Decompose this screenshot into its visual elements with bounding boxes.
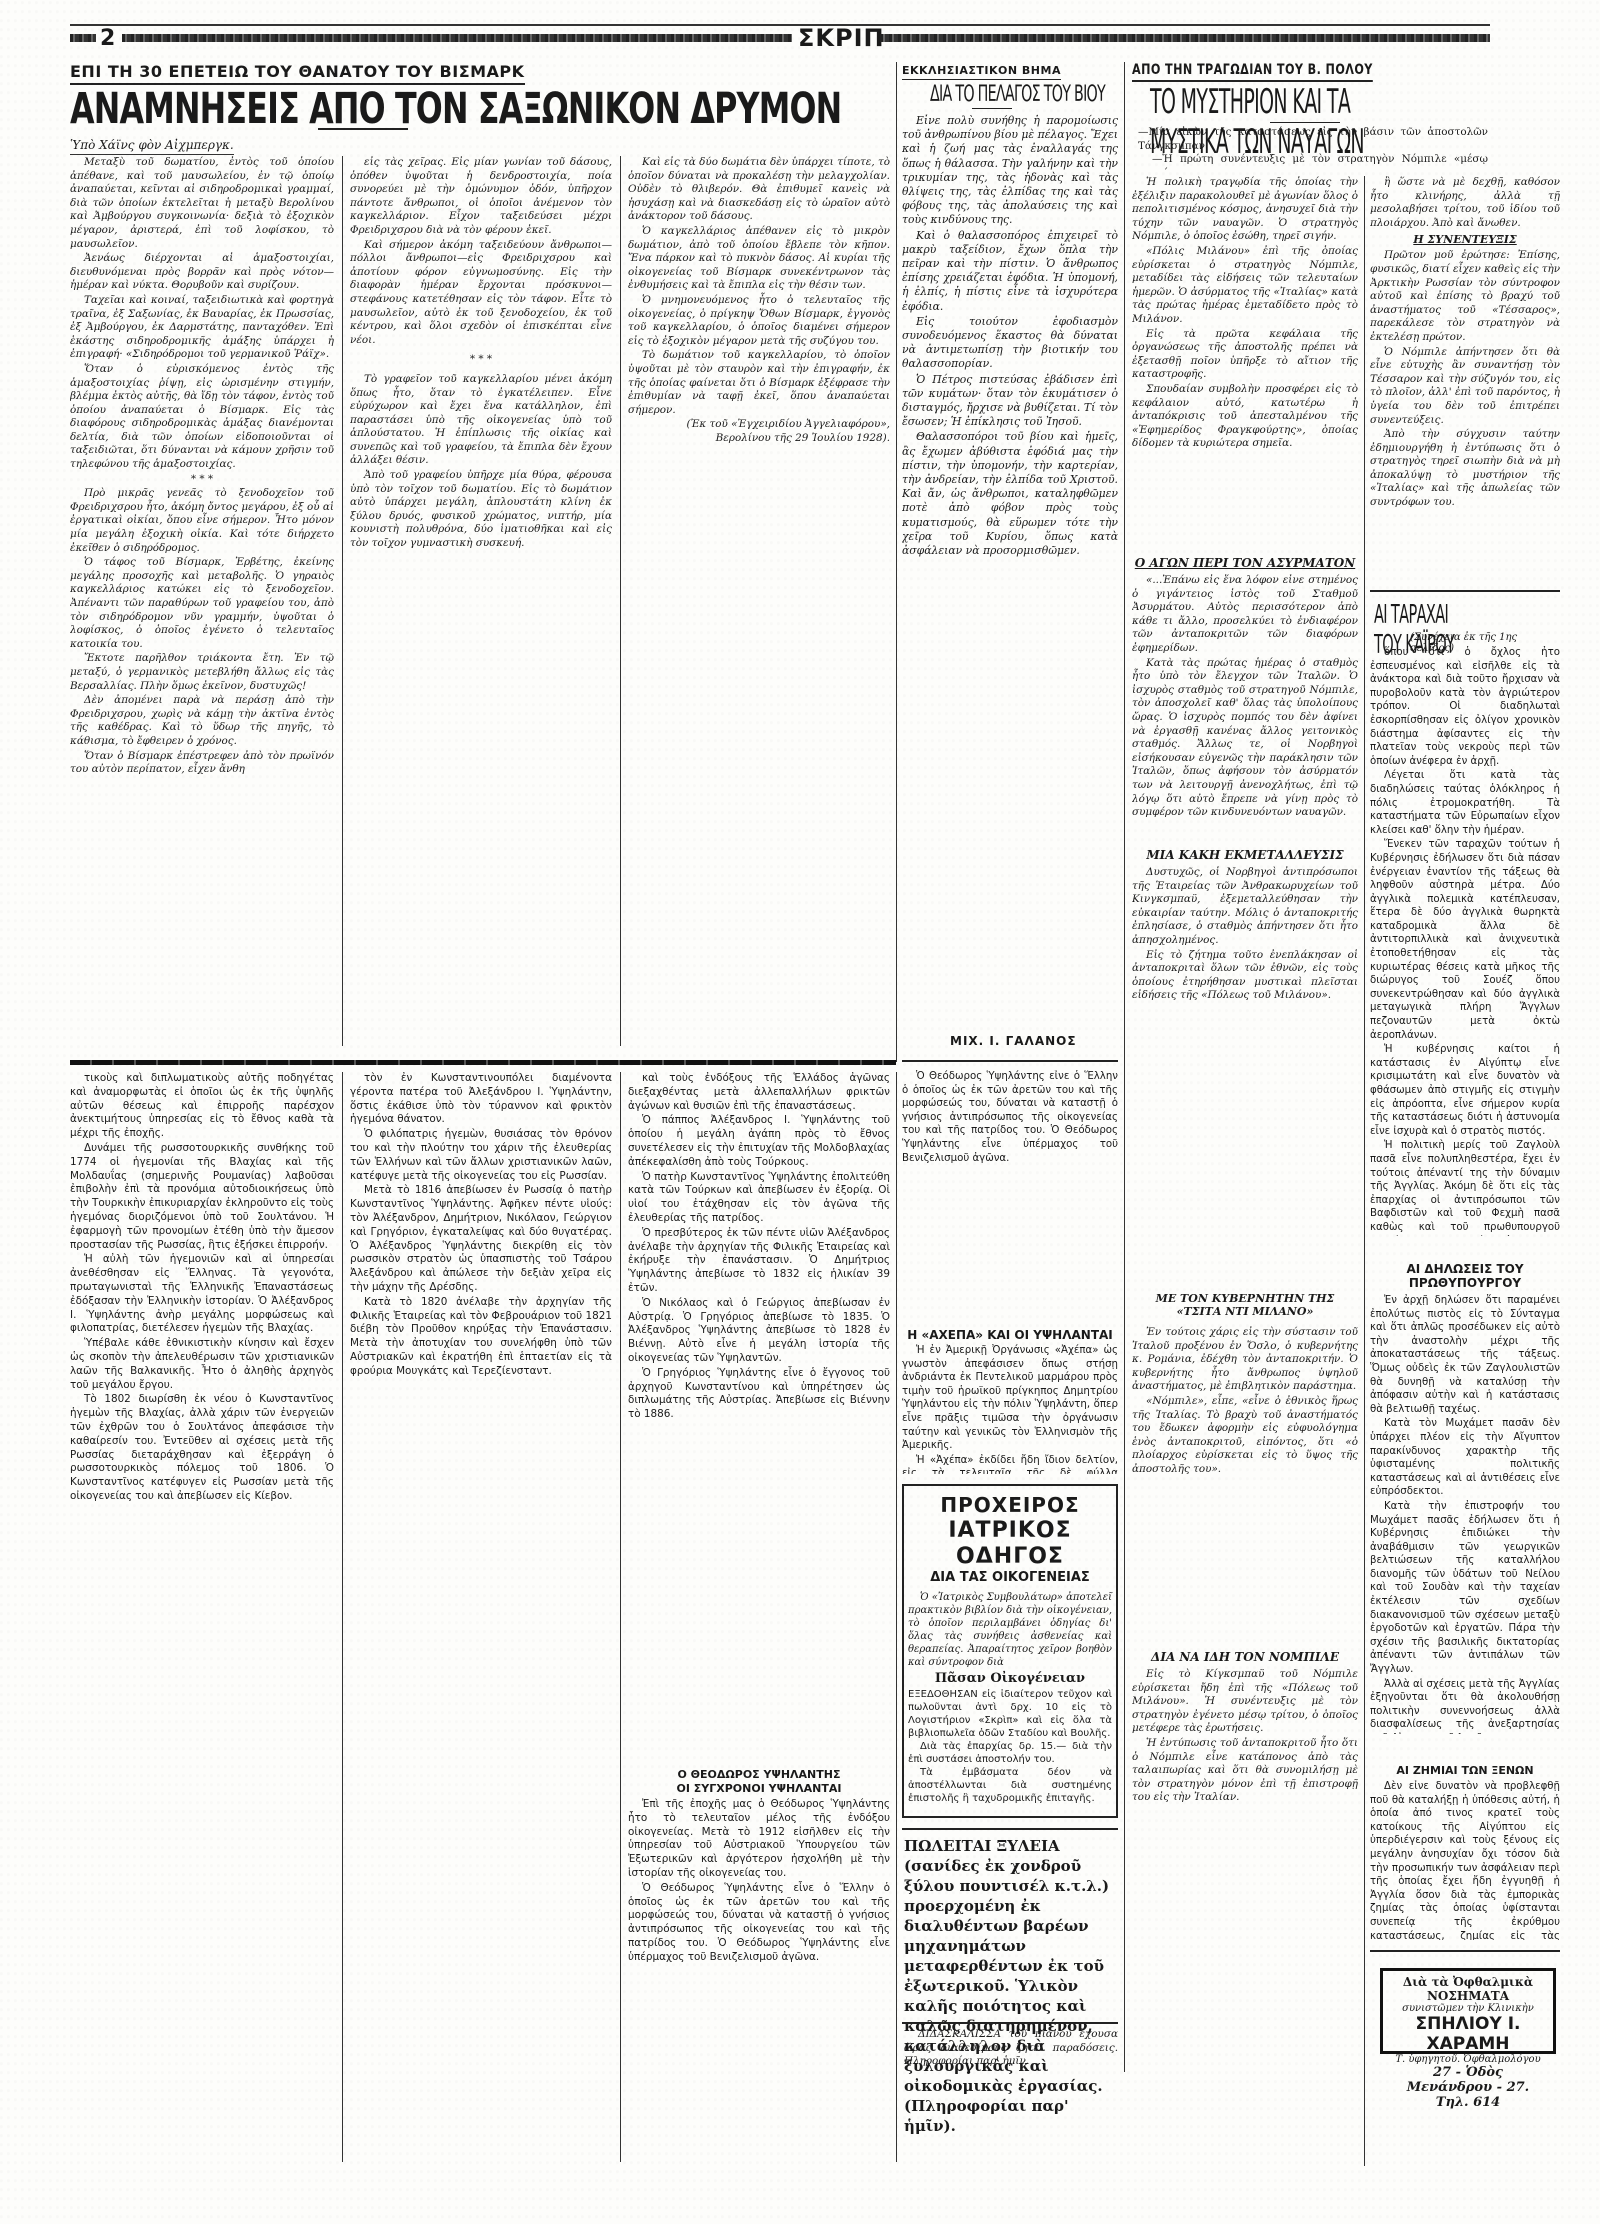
paragraph: Καὶ ὁ θαλασσοπόρος ἐπιχειρεῖ τὸ μακρὺ τα… [902, 229, 1118, 314]
paper-name: ΣΚΡΙΠ [798, 24, 885, 52]
paragraph: «...Ἐπάνω εἰς ἕνα λόφον εἶνε στημένος ὁ … [1132, 574, 1358, 656]
paragraph: Θαλασσοπόροι τοῦ βίου καὶ ἡμεῖς, ἂς ἔχωμ… [902, 430, 1118, 558]
history-subhead-theodore: Ο ΘΕΟΔΩΡΟΣ ΥΨΗΛΑΝΤΗΣ [628, 1768, 890, 1781]
column-divider [620, 156, 621, 1046]
column-divider [342, 156, 343, 1046]
column-divider [1364, 176, 1365, 2166]
shipwreck-subhead-exploitation: ΜΙΑ ΚΑΚΗ ΕΚΜΕΤΑΛΛΕΥΣΙΣ [1132, 848, 1358, 862]
paragraph: Ἐν ἀρχῇ δηλώσεν ὅτι παραμένει ἐπολύτως π… [1370, 1294, 1560, 1416]
paragraph: Ὁ καγκελλάριος ἀπέθανεν εἰς τὸ μικρὸν δω… [628, 225, 890, 293]
paragraph: Ὁ πατὴρ Κωνσταντῖνος Ὑψηλάντης ἐπολιτεύθ… [628, 1171, 890, 1226]
masthead-band [122, 34, 792, 42]
paragraph: Κατὰ τὸν Μωχάμετ πασᾶν δὲν ὑπάρχει πλέον… [1370, 1417, 1560, 1499]
paragraph: Ὑπέβαλε κάθε ἐθνικιστικὴν κίνησιν καὶ ἔσ… [70, 1337, 334, 1392]
ad-title: ΙΑΤΡΙΚΟΣ ΟΔΗΓΟΣ [908, 1518, 1112, 1570]
shipwreck-kicker: ΑΠΟ ΤΗΝ ΤΡΑΓΩΔΙΑΝ ΤΟΥ Β. ΠΟΛΟΥ [1132, 62, 1373, 82]
subhead-interviews: Η ΣΥΝΕΝΤΕΥΞΙΣ [1370, 233, 1560, 246]
paragraph: Κατὰ τὰς πρώτας ἡμέρας ὁ σταθμὸς ἦτο ὑπὸ… [1132, 657, 1358, 820]
column-divider [620, 1072, 621, 2162]
paragraph: Ὁ τάφος τοῦ Βίσμαρκ, Ἐρβέτης, ἐκείνης με… [70, 556, 334, 651]
classified-text: ΔΙΔΑΣΚΑΛΙΣΣΑ τοῦ πιάνου ἔχουσα ὥρας διαθ… [904, 2028, 1118, 2068]
egypt-subhead-damages: ΑΙ ΖΗΜΙΑΙ ΤΩΝ ΞΕΝΩΝ [1370, 1764, 1560, 1777]
masthead-band [880, 34, 1490, 42]
column-divider [1124, 1062, 1125, 2072]
column-divider [342, 1072, 343, 2162]
shipwreck-column-1: Ἡ πολικὴ τραγῳδία τῆς ὁποίας τὴν ἐξέλιξι… [1132, 176, 1358, 552]
paragraph: Ἡ πολικὴ τραγῳδία τῆς ὁποίας τὴν ἐξέλιξι… [1132, 176, 1358, 244]
paragraph: Εἰς τὰ πρῶτα κεφάλαια τῆς ὀργανώσεως τῆς… [1132, 328, 1358, 382]
paragraph: Ὅταν ὁ Βίσμαρκ ἐπέστρεφεν ἀπὸ τὸν πρωϊνό… [70, 750, 334, 777]
paragraph: Εἰς τὸ ζήτημα τοῦτο ἐνεπλάκησαν οἱ ἀνταπ… [1132, 949, 1358, 1003]
shipwreck-column-1c: Δυστυχῶς, οἱ Νορβηγοὶ ἀντιπρόσωποι τῆς Ἑ… [1132, 866, 1358, 1286]
paragraph: Εἶνε πολὺ συνήθης ἡ παρομοίωσις τοῦ ἀνθρ… [902, 114, 1118, 228]
ad-body: Ὁ «Ἰατρικὸς Συμβουλάτωρ» ἀποτελεῖ πρακτι… [908, 1591, 1112, 1669]
masthead: 2 ΣΚΡΙΠ [70, 24, 1490, 50]
paragraph: Ἀπὸ τοῦ γραφείου ὑπῆρχε μία θύρα, φέρουσ… [350, 469, 612, 551]
paragraph: Τὸ 1802 διωρίσθη ἐκ νέου ὁ Κωνσταντῖνος … [70, 1393, 334, 1503]
bismarck-column-3: Καὶ εἰς τὰ δύο δωμάτια δὲν ὑπάρχει τίποτ… [628, 156, 890, 1046]
paragraph: Ἡ ἐντύπωσις τοῦ ἀνταποκριτοῦ ἦτο ὅτι ὁ Ν… [1132, 1737, 1358, 1805]
ad-line: συνιστῶμεν τὴν Κλινικὴν [1391, 2003, 1545, 2014]
history-column-3: καὶ τοὺς ἐνδόξους τῆς Ἑλλάδος ἀγῶνας διε… [628, 1072, 890, 1762]
ad-subtitle: ΔΙΑ ΤΑΣ ΟΙΚΟΓΕΝΕΙΑΣ [908, 1570, 1112, 1585]
medical-guide-ad: ΠΡΟΧΕΙΡΟΣ ΙΑΤΡΙΚΟΣ ΟΔΗΓΟΣ ΔΙΑ ΤΑΣ ΟΙΚΟΓΕ… [902, 1484, 1118, 1818]
paragraph: Δὲν εἶνε δυνατὸν νὰ προβλεφθῇ ποῦ θὰ κατ… [1370, 1780, 1560, 1940]
ad-line: ΣΠΗΛΙΟΥ Ι. ΧΑΡΑΜΗ [1391, 2014, 1545, 2054]
ad-line: Τ. ὑφηγητοῦ. Ὀφθαλμολόγου [1391, 2054, 1545, 2065]
newspaper-page: 2 ΣΚΡΙΠ ΕΠΙ ΤΗ 30 ΕΠΕΤΕΙΩ ΤΟΥ ΘΑΝΑΤΟΥ ΤΟ… [70, 0, 1530, 2224]
paragraph: Ὁ Νικόλαος καὶ ὁ Γεώργιος ἀπεβίωσαν ἐν Α… [628, 1297, 890, 1366]
column-divider [1124, 62, 1125, 1062]
paragraph: Τὸ γραφεῖον τοῦ καγκελλαρίου μένει ἀκόμη… [350, 373, 612, 468]
shipwreck-column-1b: «...Ἐπάνω εἰς ἕνα λόφον εἶνε στημένος ὁ … [1132, 574, 1358, 844]
headline-rule [1270, 122, 1340, 123]
shipwreck-deck: —Μία εἰκὼν τῆς καταστάσεως εἰς τὴν βάσιν… [1138, 126, 1488, 170]
history-column-2: τὸν ἐν Κωνσταντινουπόλει διαμένοντα γέρο… [350, 1072, 612, 2162]
paragraph: Δυνάμει τῆς ρωσσοτουρκικῆς συνθήκης τοῦ … [70, 1142, 334, 1252]
paragraph: Τὸ δωμάτιον τοῦ καγκελλαρίου, τὸ ὁποῖον … [628, 349, 890, 417]
paragraph: Λέγεται ὅτι κατὰ τὰς διαδηλώσεις ταύτας … [1370, 769, 1560, 837]
bismarck-kicker: ΕΠΙ ΤΗ 30 ΕΠΕΤΕΙΩ ΤΟΥ ΘΑΝΑΤΟΥ ΤΟΥ ΒΙΣΜΑΡ… [70, 62, 525, 85]
paragraph: Ἀενάως διέρχονται αἱ ἁμαξοστοιχίαι, διευ… [70, 252, 334, 293]
paragraph: Ὁ πάππος Ἀλέξανδρος Ι. Ὑψηλάντης τοῦ ὁπο… [628, 1114, 890, 1169]
paragraph: Ὁ φιλόπατρις ἡγεμὼν, θυσιάσας τὸν θρόνον… [350, 1128, 612, 1183]
section-divider [902, 2022, 1118, 2024]
ad-line: Διὰ τὰ Ὀφθαλμικὰ ΝΟΣΗΜΑΤΑ [1391, 1975, 1545, 2003]
page-number: 2 [100, 26, 115, 51]
history-column-1: τικοὺς καὶ διπλωματικοὺς αὐτῆς ποδηγέτας… [70, 1072, 334, 2162]
church-kicker: ΕΚΚΛΗΣΙΑΣΤΙΚΟΝ ΒΗΜΑ [902, 64, 1061, 80]
headline-rule [318, 128, 408, 130]
paragraph: Πρὸ μικρᾶς γενεᾶς τὸ ξενοδοχεῖον τοῦ Φρε… [70, 487, 334, 555]
paragraph: Ἡ «Ἀχέπα» ἐκδίδει ἤδη ἴδιον δελτίον, εἰς… [902, 1454, 1118, 1474]
shipwreck-column-2b: Εἰς τὸ Κίγκσμπαϋ τοῦ Νόμπιλε εὑρίσκεται … [1132, 1668, 1358, 2148]
paragraph: Κατὰ τὴν ἐπιστροφήν του Μωχάμετ πασᾶς ἐδ… [1370, 1500, 1560, 1677]
egypt-body-3: Δὲν εἶνε δυνατὸν νὰ προβλεφθῇ ποῦ θὰ κατ… [1370, 1780, 1560, 1940]
section-ornament: * * * [70, 473, 334, 487]
paragraph: Ὅταν ὁ εὑρισκόμενος ἐντὸς τῆς ἁμαξοστοιχ… [70, 363, 334, 472]
paragraph: Ὁ πρεσβύτερος ἐκ τῶν πέντε υἱῶν Ἀλέξανδρ… [628, 1227, 890, 1296]
paragraph: Ἀλλὰ αἱ σχέσεις μετὰ τῆς Ἀγγλίας ἐξηγοῦν… [1370, 1678, 1560, 1734]
paragraph: καὶ τοὺς ἐνδόξους τῆς Ἑλλάδος ἀγῶνας διε… [628, 1072, 890, 1113]
paragraph: Ὁ Πέτρος πιστεύσας ἐβάδισεν ἐπὶ τῶν κυμά… [902, 373, 1118, 430]
headline-rule [972, 108, 1012, 109]
paragraph: Σπουδαίαν συμβολὴν προσφέρει εἰς τὸ κεφά… [1132, 383, 1358, 451]
paragraph: «Νόμπιλε», εἶπε, «εἶνε ὁ ἐθνικὸς ἥρως τῆ… [1132, 1395, 1358, 1477]
section-divider [70, 1060, 896, 1065]
egypt-subhead-pm: ΑΙ ΔΗΛΩΣΕΙΣ ΤΟΥ ΠΡΩΘΥΠΟΥΡΓΟΥ [1370, 1262, 1560, 1290]
section-divider [902, 1828, 1118, 1830]
egypt-body: ὅπου ὅτι ὁ ὄχλος ἦτο ἐσπευσμένος καὶ εἰσ… [1370, 646, 1560, 1236]
ad-line: 27 - Ὁδὸς Μενάνδρου - 27. Τηλ. 614 [1391, 2065, 1545, 2110]
bismarck-byline: Ὑπὸ Χάϊνς φὸν Αἰχμπεργκ. [70, 138, 234, 155]
paragraph: Μεταξὺ τοῦ δωματίου, ἐντὸς τοῦ ὁποίου ἀπ… [70, 156, 334, 251]
ahepa-body: Ἡ ἐν Ἀμερικῇ Ὀργάνωσις «Ἀχέπα» ὡς γνωστὸ… [902, 1344, 1118, 1474]
ad-body: Τὰ ἐμβάσματα δέον νὰ ἀποστέλλωνται διὰ σ… [908, 1766, 1112, 1805]
paragraph: Ὁ Θεόδωρος Ὑψηλάντης εἶνε ὁ Ἕλλην ὁ ὁποῖ… [628, 1882, 890, 1965]
paragraph: Ὁ μνημονευόμενος ἦτο ὁ τελευταῖος τῆς οἰ… [628, 294, 890, 348]
paragraph: Καὶ εἰς τὰ δύο δωμάτια δὲν ὑπάρχει τίποτ… [628, 156, 890, 224]
paragraph: Ἕνεκεν τῶν ταραχῶν τούτων ἡ Κυβέρνησις ἐ… [1370, 838, 1560, 1042]
ad-title: ΠΡΟΧΕΙΡΟΣ [908, 1492, 1112, 1518]
history-column-3b: Ἐπὶ τῆς ἐποχῆς μας ὁ Θεόδωρος Ὑψηλάντης … [628, 1798, 890, 2168]
shipwreck-column-2: Ἐν τούτοις χάρις εἰς τὴν σύστασιν τοῦ Ἰτ… [1132, 1326, 1358, 1646]
shipwreck-column-3: ἢ ὥστε νὰ μὲ δεχθῇ, καθόσον ἦτο κλινήρης… [1370, 176, 1560, 586]
section-ornament: * * * [350, 353, 612, 367]
masthead-rule [70, 24, 1490, 26]
paragraph: «Πόλις Μιλάνου» ἐπὶ τῆς ὁποίας εὑρίσκετα… [1132, 245, 1358, 327]
eye-clinic-ad: Διὰ τὰ Ὀφθαλμικὰ ΝΟΣΗΜΑΤΑ συνιστῶμεν τὴν… [1380, 1968, 1556, 2054]
shipwreck-subhead-captain: ΜΕ ΤΟΝ ΚΥΒΕΡΝΗΤΗΝ ΤΗΣ «ΤΣΙΤΑ ΝΤΙ ΜΙΛΑΝΟ» [1132, 1292, 1358, 1318]
bismarck-headline: ΑΝΑΜΝΗΣΕΙΣ ΑΠΟ ΤΟΝ ΣΑΞΩΝΙΚΟΝ ΔΡΥΜΟΝ [70, 84, 841, 134]
paragraph: Ἡ κυβέρνησις καίτοι ἡ κατάστασις ἐν Αἰγύ… [1370, 1043, 1560, 1138]
bismarck-column-2: εἰς τὰς χεῖρας. Εἰς μίαν γωνίαν τοῦ δάσο… [350, 156, 612, 1046]
paragraph: Ἡ πολιτικὴ μερίς τοῦ Ζαγλοὺλ πασᾶ εἶνε π… [1370, 1139, 1560, 1236]
paragraph: εἰς τὰς χεῖρας. Εἰς μίαν γωνίαν τοῦ δάσο… [350, 156, 612, 238]
paragraph: Εἰς τὸ Κίγκσμπαϋ τοῦ Νόμπιλε εὑρίσκεται … [1132, 1668, 1358, 1736]
paragraph: Καὶ σήμερον ἀκόμη ταξειδεύουν ἄνθρωποι—π… [350, 239, 612, 348]
paragraph: ἢ ὥστε νὰ μὲ δεχθῇ, καθόσον ἦτο κλινήρης… [1370, 176, 1560, 230]
source-credit: (Ἐκ τοῦ «Ἐγχειριδίου Ἀγγελιαφόρου», Βερο… [628, 418, 890, 445]
section-divider [902, 1060, 1118, 1062]
paragraph: Ἐπὶ τῆς ἐποχῆς μας ὁ Θεόδωρος Ὑψηλάντης … [628, 1798, 890, 1881]
paragraph: Ταχεῖαι καὶ κοιναί, ταξειδιωτικὰ καὶ φορ… [70, 294, 334, 362]
paragraph: Εἰς τοιούτον ἐφοδιασμὸν συνοδευόμενος ἕκ… [902, 315, 1118, 372]
church-signature: ΜΙΧ. Ι. ΓΑΛΑΝΟΣ [950, 1034, 1077, 1048]
ad-body: ΕΞΕΔΟΘΗΣΑΝ εἰς ἰδιαίτερον τεῦχον καὶ πωλ… [908, 1688, 1112, 1740]
column-divider [896, 62, 897, 1062]
paragraph: Κατὰ τὸ 1820 ἀνέλαβε τὴν ἀρχηγίαν τῆς Φι… [350, 1296, 612, 1379]
bismarck-column-1: Μεταξὺ τοῦ δωματίου, ἐντὸς τοῦ ὁποίου ἀπ… [70, 156, 334, 956]
section-divider [1370, 1950, 1560, 1952]
shipwreck-subhead-wireless: Ο ΑΓΩΝ ΠΕΡΙ ΤΟΝ ΑΣΥΡΜΑΤΟΝ [1132, 556, 1358, 570]
piano-teacher-classified: ΔΙΔΑΣΚΑΛΙΣΣΑ τοῦ πιάνου ἔχουσα ὥρας διαθ… [904, 2028, 1118, 2068]
paragraph: Ἡ αὐλὴ τῶν ἡγεμονιῶν καὶ αἱ ὑπηρεσίαι ἀν… [70, 1253, 334, 1336]
ad-body: Διὰ τὰς ἐπαρχίας δρ. 15.— διὰ τὴν ἐπὶ συ… [908, 1740, 1112, 1766]
egypt-body-2: Ἐν ἀρχῇ δηλώσεν ὅτι παραμένει ἐπολύτως π… [1370, 1294, 1560, 1734]
paragraph: τικοὺς καὶ διπλωματικοὺς αὐτῆς ποδηγέτας… [70, 1072, 334, 1141]
church-headline: ΔΙΑ ΤΟ ΠΕΛΑΓΟΣ ΤΟΥ ΒΙΟΥ [930, 82, 1105, 107]
paragraph: Ὁ Γρηγόριος Ὑψηλάντης εἶνε ὁ ἔγγονος τοῦ… [628, 1367, 890, 1422]
ahepa-subhead: Η «ΑΧΕΠΑ» ΚΑΙ ΟΙ ΥΨΗΛΑΝΤΑΙ [902, 1328, 1118, 1342]
paragraph: Δὲν ἀπομένει παρὰ νὰ περάσῃ ἀπὸ τὴν Φρει… [70, 694, 334, 748]
paragraph: Πρῶτον μοῦ ἐρώτησε: Ἐπίσης, φυσικῶς, δια… [1370, 249, 1560, 344]
timber-sale-classified: ΠΩΛΕΙΤΑΙ ΞΥΛΕΙΑ (σανίδες ἐκ χονδροῦ ξύλο… [904, 1836, 1118, 2136]
deck-line: —Μία εἰκὼν τῆς καταστάσεως εἰς τὴν βάσιν… [1138, 126, 1488, 153]
paragraph: Μετὰ τὸ 1816 ἀπεβίωσεν ἐν Ρωσσίᾳ ὁ πατὴρ… [350, 1184, 612, 1294]
paragraph: Ἀπὸ τὴν σύγχυσιν ταύτην ἐδημιουργήθη ἡ ἐ… [1370, 428, 1560, 510]
paragraph: Ἐν τούτοις χάρις εἰς τὴν σύστασιν τοῦ Ἰτ… [1132, 1326, 1358, 1394]
paragraph: Ὁ Θεόδωρος Ὑψηλάντης εἶνε ὁ Ἕλλην ὁ ὁποῖ… [902, 1070, 1118, 1165]
deck-line: —Ἡ πρώτη συνέντευξις μὲ τὸν στρατηγὸν Νό… [1138, 153, 1488, 170]
paragraph: Ὁ Νόμπιλε ἀπήντησεν ὅτι θὰ εἶνε εὐτυχὴς … [1370, 346, 1560, 428]
ad-slogan: Πᾶσαν Οἰκογένειαν [908, 1671, 1112, 1686]
paragraph: ὅπου ὅτι ὁ ὄχλος ἦτο ἐσπευσμένος καὶ εἰσ… [1370, 646, 1560, 768]
paragraph: τὸν ἐν Κωνσταντινουπόλει διαμένοντα γέρο… [350, 1072, 612, 1127]
paragraph: Ἡ ἐν Ἀμερικῇ Ὀργάνωσις «Ἀχέπα» ὡς γνωστὸ… [902, 1344, 1118, 1453]
church-column: Εἶνε πολὺ συνήθης ἡ παρομοίωσις τοῦ ἀνθρ… [902, 114, 1118, 1054]
section-divider [1370, 590, 1560, 592]
history-subhead-modern: ΟΙ ΣΥΓΧΡΟΝΟΙ ΥΨΗΛΑΝΤΑΙ [628, 1782, 890, 1795]
paragraph: Δυστυχῶς, οἱ Νορβηγοὶ ἀντιπρόσωποι τῆς Ἑ… [1132, 866, 1358, 948]
masthead-band [70, 34, 96, 42]
history-continuation: Ὁ Θεόδωρος Ὑψηλάντης εἶνε ὁ Ἕλλην ὁ ὁποῖ… [902, 1070, 1118, 1320]
shipwreck-subhead-nobile: ΔΙΑ ΝΑ ΙΔΗ ΤΟΝ ΝΟΜΠΙΛΕ [1132, 1650, 1358, 1664]
paragraph: Ἔκτοτε παρῆλθον τριάκοντα ἔτη. Ἐν τῷ μετ… [70, 652, 334, 693]
column-divider [896, 1072, 897, 2162]
